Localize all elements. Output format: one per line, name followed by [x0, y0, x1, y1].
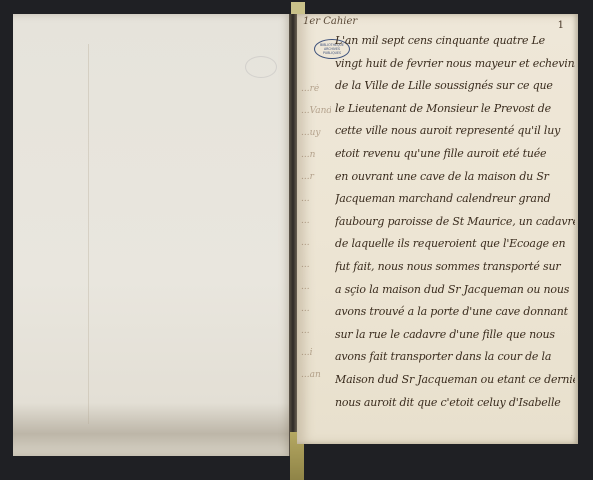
manuscript-text: L'an mil sept cens cinquante quatre Le v… [335, 30, 575, 414]
text-line: avons fait transporter dans la cour de l… [335, 346, 575, 369]
paper-crease [88, 44, 89, 424]
text-line: a sçio la maison dud Sr Jacqueman ou nou… [335, 279, 575, 302]
text-line: etoit revenu qu'une fille auroit eté tué… [335, 143, 575, 166]
text-line: Maison dud Sr Jacqueman ou etant ce dern… [335, 369, 575, 392]
margin-note: ...ré [301, 84, 331, 106]
stamp-bleed-through [245, 56, 277, 78]
margin-note: ... [301, 304, 331, 326]
margin-note: ... [301, 282, 331, 304]
margin-note: ...r [301, 172, 331, 194]
text-line: vingt huit de fevrier nous mayeur et ech… [335, 53, 575, 76]
margin-note: ... [301, 216, 331, 238]
margin-note: ...n [301, 150, 331, 172]
folio-label: 1er Cahier [303, 16, 357, 27]
text-line: fut fait, nous nous sommes transporté su… [335, 256, 575, 279]
margin-note: ...an [301, 370, 331, 392]
text-line: en ouvrant une cave de la maison du Sr [335, 166, 575, 189]
right-page-manuscript: 1er Cahier 1 BIBLIOTHÈQUE ARCHIVES PUBLI… [297, 14, 578, 444]
text-line: cette ville nous auroit representé qu'il… [335, 120, 575, 143]
text-line: L'an mil sept cens cinquante quatre Le [335, 30, 575, 53]
text-line: Jacqueman marchand calendreur grand [335, 188, 575, 211]
left-page-blank [13, 14, 293, 456]
margin-note: ... [301, 194, 331, 216]
text-line: avons trouvé a la porte d'une cave donna… [335, 301, 575, 324]
text-line: faubourg paroisse de St Maurice, un cada… [335, 211, 575, 234]
book-spine [289, 14, 297, 456]
margin-note: ...Vand [301, 106, 331, 128]
margin-note: ... [301, 326, 331, 348]
text-line: le Lieutenant de Monsieur le Prevost de [335, 98, 575, 121]
margin-bleed-through: ...ré ...Vand ...uy ...n ...r ... ... ..… [301, 84, 331, 392]
margin-note: ... [301, 260, 331, 282]
text-line: sur la rue le cadavre d'une fille que no… [335, 324, 575, 347]
margin-note: ...uy [301, 128, 331, 150]
text-line: de la Ville de Lille soussignés sur ce q… [335, 75, 575, 98]
margin-note: ... [301, 238, 331, 260]
margin-note: ...i [301, 348, 331, 370]
text-line: nous auroit dit que c'etoit celuy d'Isab… [335, 392, 575, 415]
text-line: de laquelle ils requeroient que l'Ecoage… [335, 233, 575, 256]
